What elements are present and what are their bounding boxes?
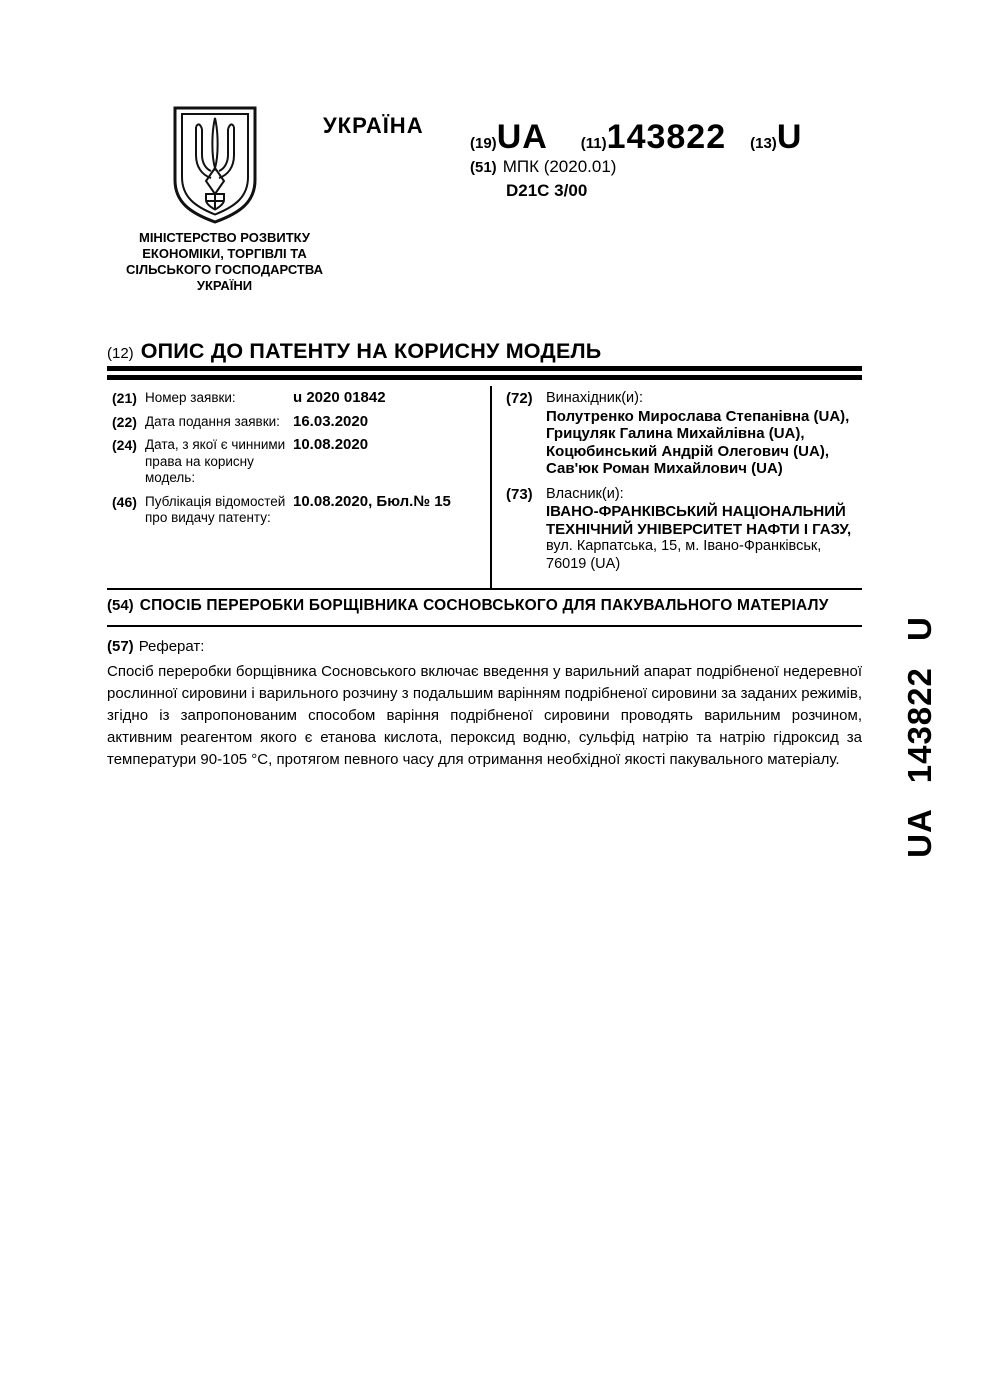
ipc-line: (51) МПК (2020.01)	[470, 157, 616, 177]
country-code: UA	[497, 118, 548, 157]
title54-rule	[107, 625, 862, 627]
biblio-row-73: (73) Власник(и): ІВАНО-ФРАНКІВСЬКИЙ НАЦІ…	[500, 486, 862, 574]
publication-info-label: Публікація відомостей про видачу патенту…	[145, 494, 293, 527]
abstract-header: (57) Реферат:	[107, 638, 204, 655]
code-73-label: (73)	[500, 486, 546, 574]
owner-address: вул. Карпатська, 15, м. Івано-Франківськ…	[546, 538, 862, 573]
title-rule-top	[107, 366, 862, 371]
abstract-text: Спосіб переробки борщівника Сосновського…	[107, 661, 862, 771]
owner-label: Власник(и):	[546, 486, 862, 504]
biblio-row-46: (46) Публікація відомостей про видачу па…	[107, 494, 482, 527]
effective-date-label: Дата, з якої є чинними права на корисну …	[145, 437, 293, 487]
application-number-label: Номер заявки:	[145, 390, 293, 407]
biblio-row-72: (72) Винахідник(и): Полутренко Мирослава…	[500, 390, 862, 478]
country-title: УКРАЇНА	[323, 113, 424, 139]
code-13-label: (13)	[750, 135, 777, 152]
biblio-row-24: (24) Дата, з якої є чинними права на кор…	[107, 437, 482, 487]
bibliographic-data-block: (21) Номер заявки: u 2020 01842 (22) Дат…	[107, 386, 862, 590]
vertical-patent-reference: UA 143822 U	[900, 607, 940, 867]
biblio-right-column: (72) Винахідник(и): Полутренко Мирослава…	[500, 390, 862, 581]
filing-date-value: 16.03.2020	[293, 414, 482, 431]
code-11-label: (11)	[581, 135, 607, 152]
publication-number: 143822	[607, 118, 726, 157]
inventors-names: Полутренко Мирослава Степанівна (UA), Гр…	[546, 408, 862, 478]
document-type-text: ОПИС ДО ПАТЕНТУ НА КОРИСНУ МОДЕЛЬ	[141, 339, 602, 364]
code-46-label: (46)	[107, 494, 145, 527]
code-72-label: (72)	[500, 390, 546, 478]
ukraine-coat-of-arms-icon	[170, 104, 260, 226]
filing-date-label: Дата подання заявки:	[145, 414, 293, 431]
code-54-label: (54)	[107, 597, 134, 614]
code-24-label: (24)	[107, 437, 145, 487]
publication-info-value: 10.08.2020, Бюл.№ 15	[293, 494, 482, 527]
inventors-label: Винахідник(и):	[546, 390, 862, 408]
code-22-label: (22)	[107, 414, 145, 431]
code-12-label: (12)	[107, 345, 134, 362]
column-divider	[490, 386, 492, 588]
patent-document-page: УКРАЇНА (19) UA (11) 143822 (13) U (51) …	[0, 0, 990, 1400]
title-rule-bottom	[107, 375, 862, 380]
biblio-left-column: (21) Номер заявки: u 2020 01842 (22) Дат…	[107, 390, 482, 534]
kind-code: U	[777, 118, 803, 157]
owner-name: ІВАНО-ФРАНКІВСЬКИЙ НАЦІОНАЛЬНИЙ ТЕХНІЧНИ…	[546, 503, 862, 538]
ipc-classification: D21C 3/00	[506, 181, 587, 201]
publication-codes-line: (19) UA (11) 143822 (13) U	[470, 118, 802, 157]
code-51-label: (51)	[470, 159, 497, 176]
document-type-title: (12) ОПИС ДО ПАТЕНТУ НА КОРИСНУ МОДЕЛЬ	[107, 339, 867, 364]
invention-title: СПОСІБ ПЕРЕРОБКИ БОРЩІВНИКА СОСНОВСЬКОГО…	[140, 597, 829, 615]
ipc-edition: МПК (2020.01)	[503, 157, 617, 177]
owner-block: Власник(и): ІВАНО-ФРАНКІВСЬКИЙ НАЦІОНАЛЬ…	[546, 486, 862, 574]
code-57-label: (57)	[107, 638, 134, 655]
ministry-name: МІНІСТЕРСТВО РОЗВИТКУ ЕКОНОМІКИ, ТОРГІВЛ…	[112, 230, 337, 294]
invention-title-row: (54) СПОСІБ ПЕРЕРОБКИ БОРЩІВНИКА СОСНОВС…	[107, 597, 862, 615]
biblio-row-22: (22) Дата подання заявки: 16.03.2020	[107, 414, 482, 431]
biblio-row-21: (21) Номер заявки: u 2020 01842	[107, 390, 482, 407]
application-number-value: u 2020 01842	[293, 390, 482, 407]
inventors-block: Винахідник(и): Полутренко Мирослава Степ…	[546, 390, 862, 478]
code-19-label: (19)	[470, 135, 497, 152]
abstract-label: Реферат:	[139, 638, 205, 655]
code-21-label: (21)	[107, 390, 145, 407]
effective-date-value: 10.08.2020	[293, 437, 482, 487]
